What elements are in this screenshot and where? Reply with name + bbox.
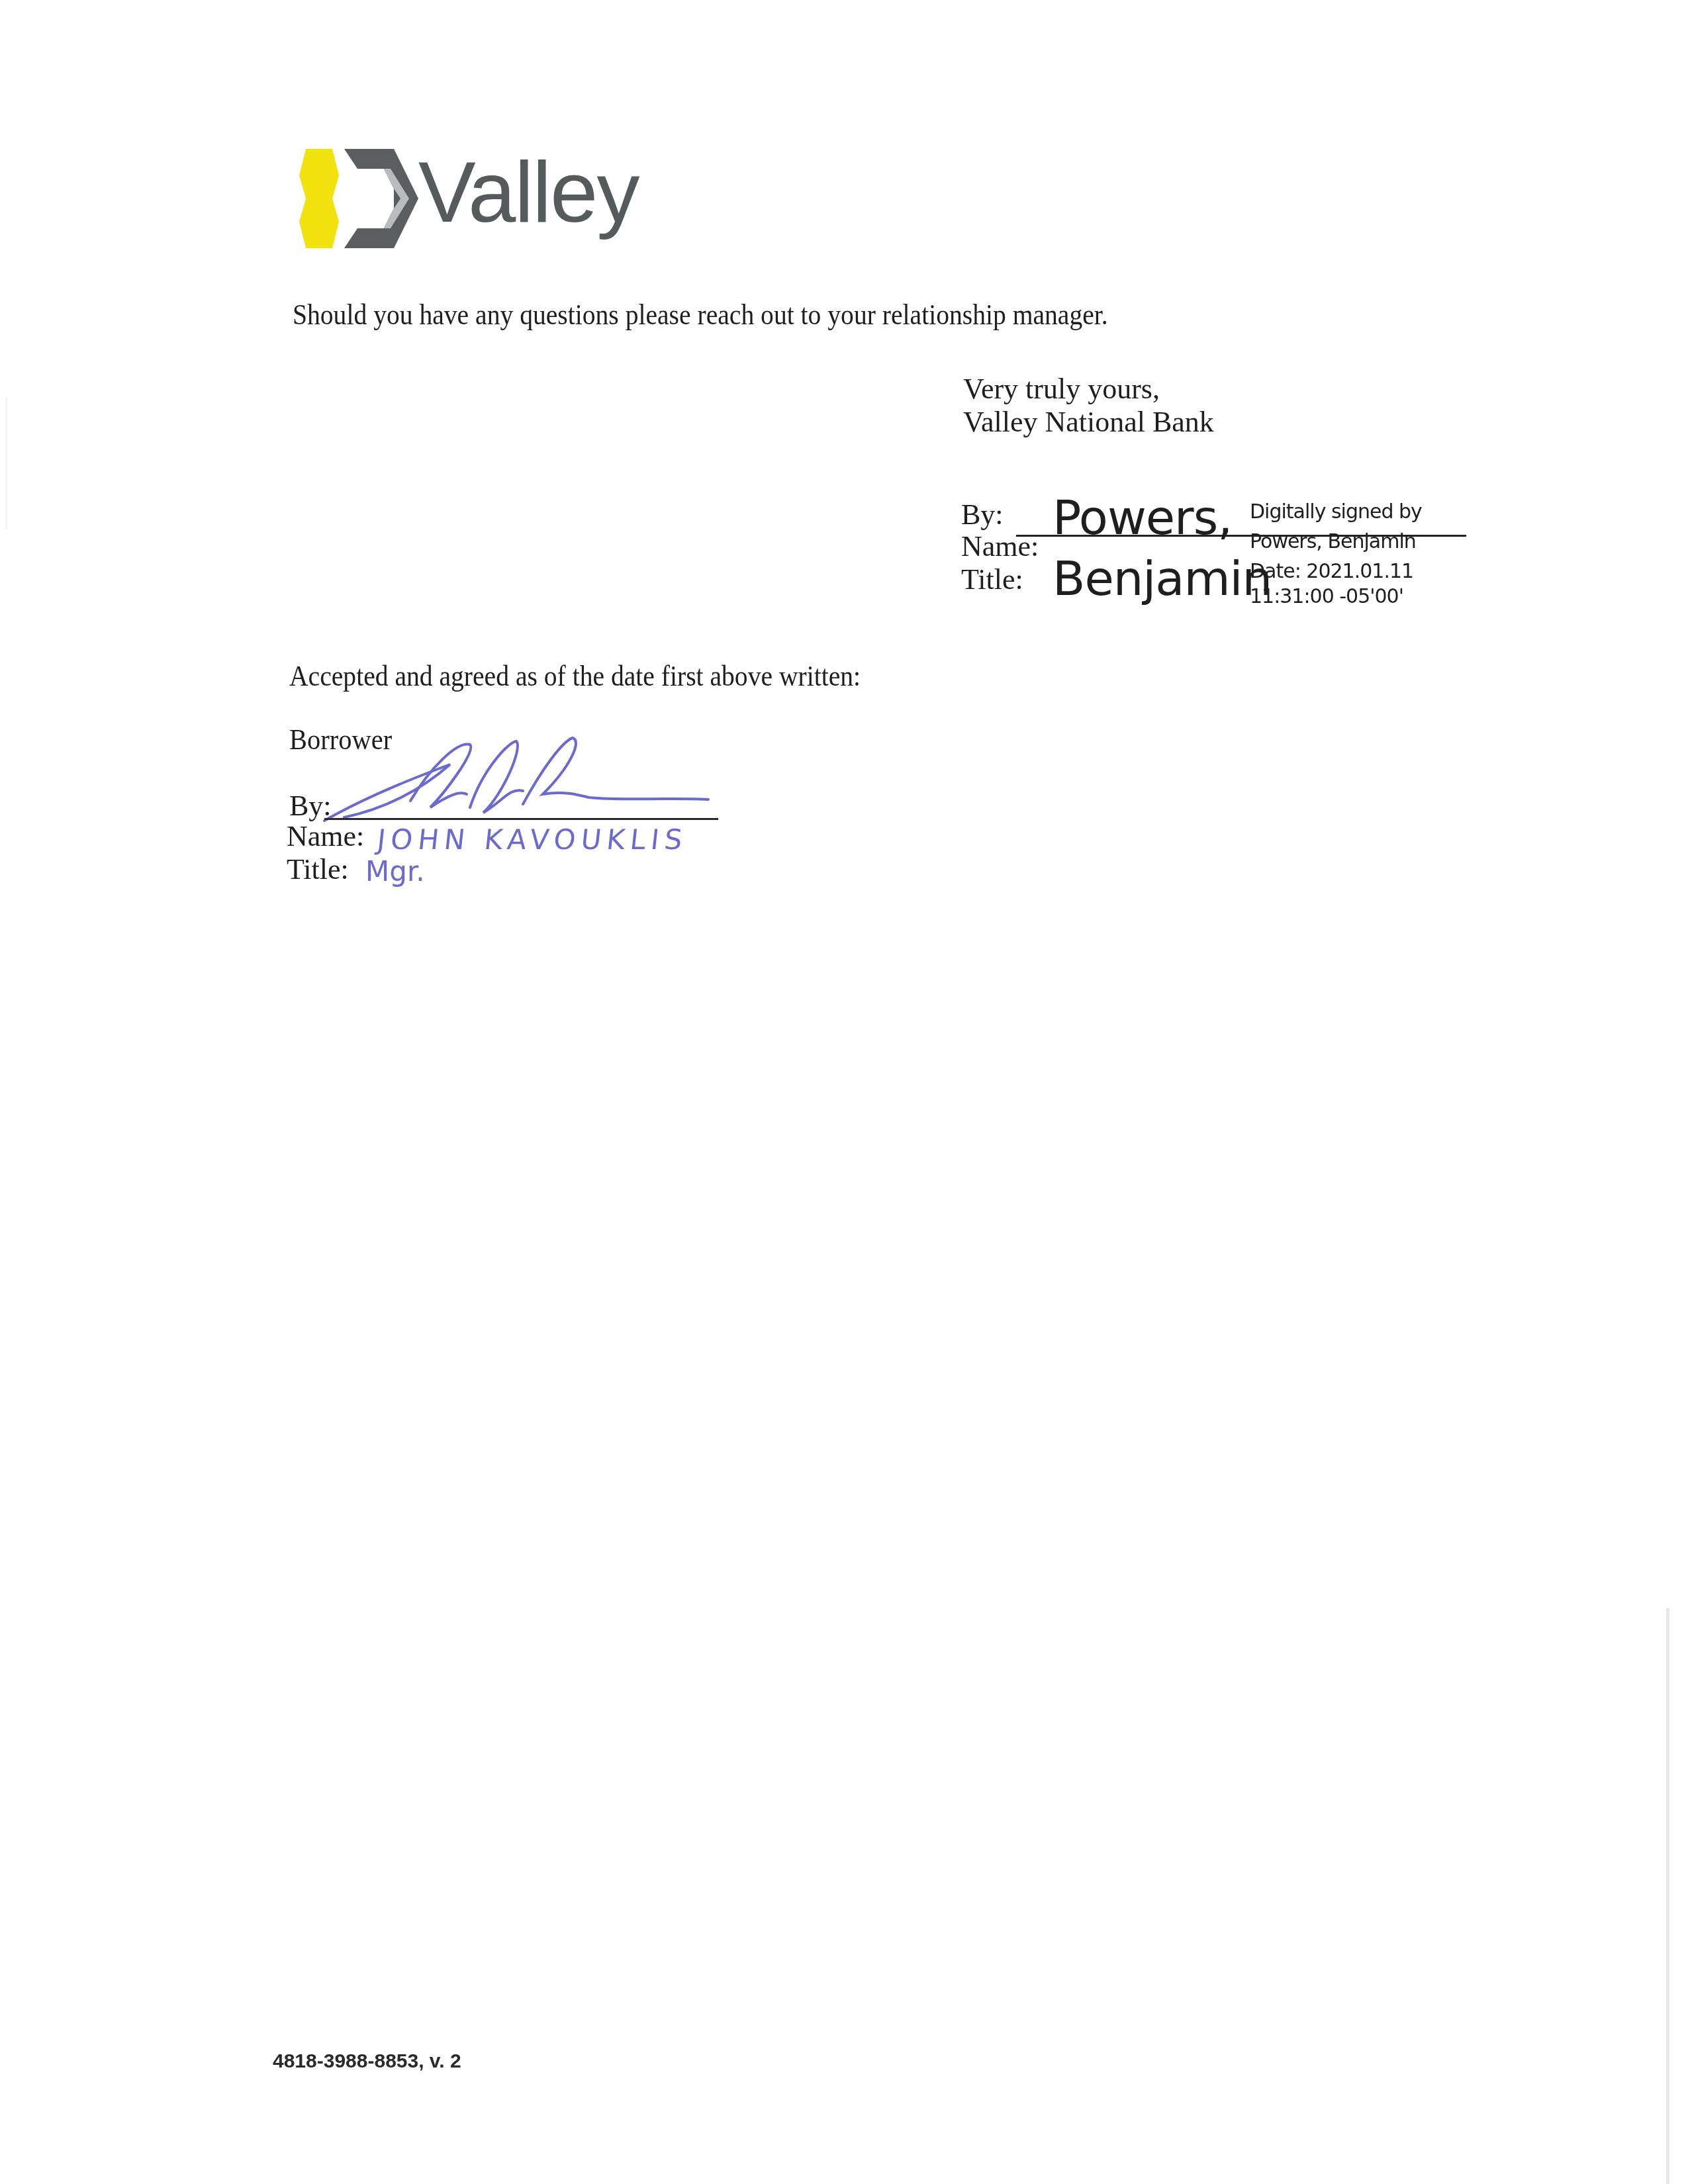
bank-name-label: Name: <box>961 529 1039 563</box>
borrower-signature-line <box>324 818 718 820</box>
handwritten-borrower-name: JOHN KAVOUKLIS <box>375 823 689 856</box>
digital-signature-name-line1[interactable]: Powers, <box>1053 490 1232 545</box>
acceptance-statement: Accepted and agreed as of the date first… <box>289 659 861 693</box>
signatory-company: Valley National Bank <box>963 405 1214 439</box>
bank-by-label: By: <box>961 498 1004 531</box>
scan-edge-artifact <box>1666 1608 1669 2184</box>
handwritten-borrower-title: Mgr. <box>365 855 425 887</box>
intro-paragraph: Should you have any questions please rea… <box>293 298 1108 332</box>
document-id-footer: 4818-3988-8853, v. 2 <box>273 2050 461 2073</box>
bank-title-label: Title: <box>961 563 1023 596</box>
document-page: Valley Should you have any questions ple… <box>0 0 1688 2184</box>
scan-edge-artifact-left <box>5 397 7 529</box>
handwritten-signature-icon <box>311 728 722 827</box>
digital-signature-time: 11:31:00 -05'00' <box>1250 582 1403 612</box>
borrower-name-label: Name: <box>287 819 364 853</box>
logo-wordmark: Valley <box>418 142 638 242</box>
digital-signature-caption: Digitally signed by <box>1250 498 1422 527</box>
digital-signature-signer: Powers, Benjamin <box>1250 527 1416 557</box>
digital-signature-name-line2[interactable]: Benjamin <box>1053 551 1272 606</box>
closing-salutation: Very truly yours, <box>963 372 1160 406</box>
borrower-title-label: Title: <box>287 852 349 886</box>
